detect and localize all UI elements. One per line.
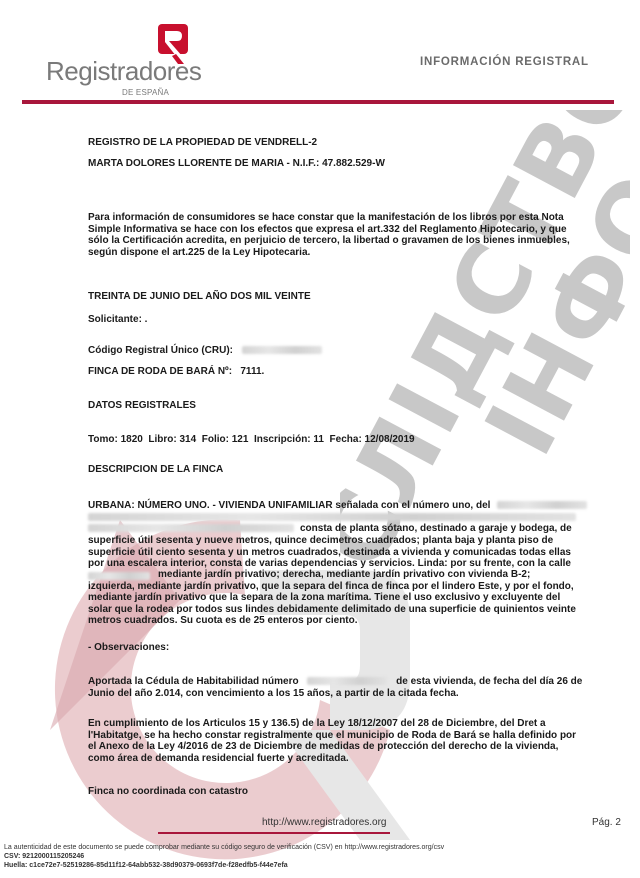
address-redacted-3 — [88, 524, 294, 532]
page-number: Pág. 2 — [592, 817, 621, 828]
footer-url-link[interactable]: http://www.registradores.org — [262, 817, 387, 828]
cru-label: Código Registral Único (CRU): — [88, 345, 233, 356]
datos-registrales-heading: DATOS REGISTRALES — [88, 400, 196, 413]
descripcion-heading: DESCRIPCION DE LA FINCA — [88, 464, 223, 477]
street-redacted — [88, 572, 150, 580]
solicitante-label: Solicitante: . — [88, 314, 147, 327]
issue-date: TREINTA DE JUNIO DEL AÑO DOS MIL VEINTE — [88, 291, 311, 304]
cru-row: Código Registral Único (CRU): — [88, 345, 322, 358]
observaciones-p1-line2: Junio del año 2.014, con vencimiento a l… — [88, 688, 459, 701]
cedula-number-redacted — [307, 677, 387, 685]
logo-subtitle: DE ESPAÑA — [122, 88, 169, 97]
cedula-text: Aportada la Cédula de Habitabilidad núme… — [88, 676, 299, 687]
descripcion-line3: consta de planta sótano, destinado a gar… — [88, 523, 572, 536]
logo-wordmark: Registradores — [46, 56, 201, 87]
descripcion-start: URBANA: NÚMERO UNO. - VIVIENDA UNIFAMILI… — [88, 500, 490, 511]
header-divider — [22, 100, 614, 104]
finca-number: 7111. — [240, 366, 264, 377]
descripcion-body-2: mediante jardín privativo; derecha, medi… — [88, 569, 578, 627]
registrar-name: MARTA DOLORES LLORENTE DE MARIA - N.I.F.… — [88, 158, 385, 171]
registradores-logo: Registradores DE ESPAÑA — [46, 24, 196, 86]
document-page: СЛІДСТВО ІНФО Registradores DE ESPAÑA IN… — [0, 0, 640, 878]
descripcion-line1: URBANA: NÚMERO UNO. - VIVIENDA UNIFAMILI… — [88, 500, 587, 513]
cru-redacted — [242, 346, 322, 354]
header-title: INFORMACIÓN REGISTRAL — [420, 56, 589, 68]
descripcion-line3-text: consta de planta sótano, destinado a gar… — [300, 523, 572, 534]
csv-code: CSV: 9212000115205246 — [4, 853, 84, 860]
huella-code: Huella: c1ce72e7-52519286-85d11f12-64abb… — [4, 862, 288, 869]
registry-office: REGISTRO DE LA PROPIEDAD DE VENDRELL-2 — [88, 137, 317, 150]
observaciones-p1-line1: Aportada la Cédula de Habitabilidad núme… — [88, 676, 582, 689]
authenticity-note: La autenticidad de este documento se pue… — [4, 843, 444, 852]
datos-registrales-line: Tomo: 1820 Libro: 314 Folio: 121 Inscrip… — [88, 434, 415, 447]
consumer-notice: Para información de consumidores se hace… — [88, 212, 578, 258]
footer-verification: La autenticidad de este documento se pue… — [4, 843, 444, 870]
svg-text:ІНФО: ІНФО — [464, 154, 630, 472]
descripcion-body: superficie útil sesenta y nueve metros, … — [88, 535, 578, 570]
address-redacted — [497, 501, 587, 509]
observaciones-p2: En cumplimiento de los Articulos 15 y 13… — [88, 718, 578, 764]
observaciones-heading: - Observaciones: — [88, 642, 169, 655]
finca-label: FINCA DE RODA DE BARÁ Nº: — [88, 366, 232, 377]
address-redacted-2 — [88, 513, 576, 521]
finca-row: FINCA DE RODA DE BARÁ Nº: 7111. — [88, 366, 264, 379]
catastro-note: Finca no coordinada con catastro — [88, 786, 248, 799]
footer-divider — [158, 832, 390, 834]
cedula-text-end: de esta vivienda, de fecha del día 26 de — [396, 676, 582, 687]
